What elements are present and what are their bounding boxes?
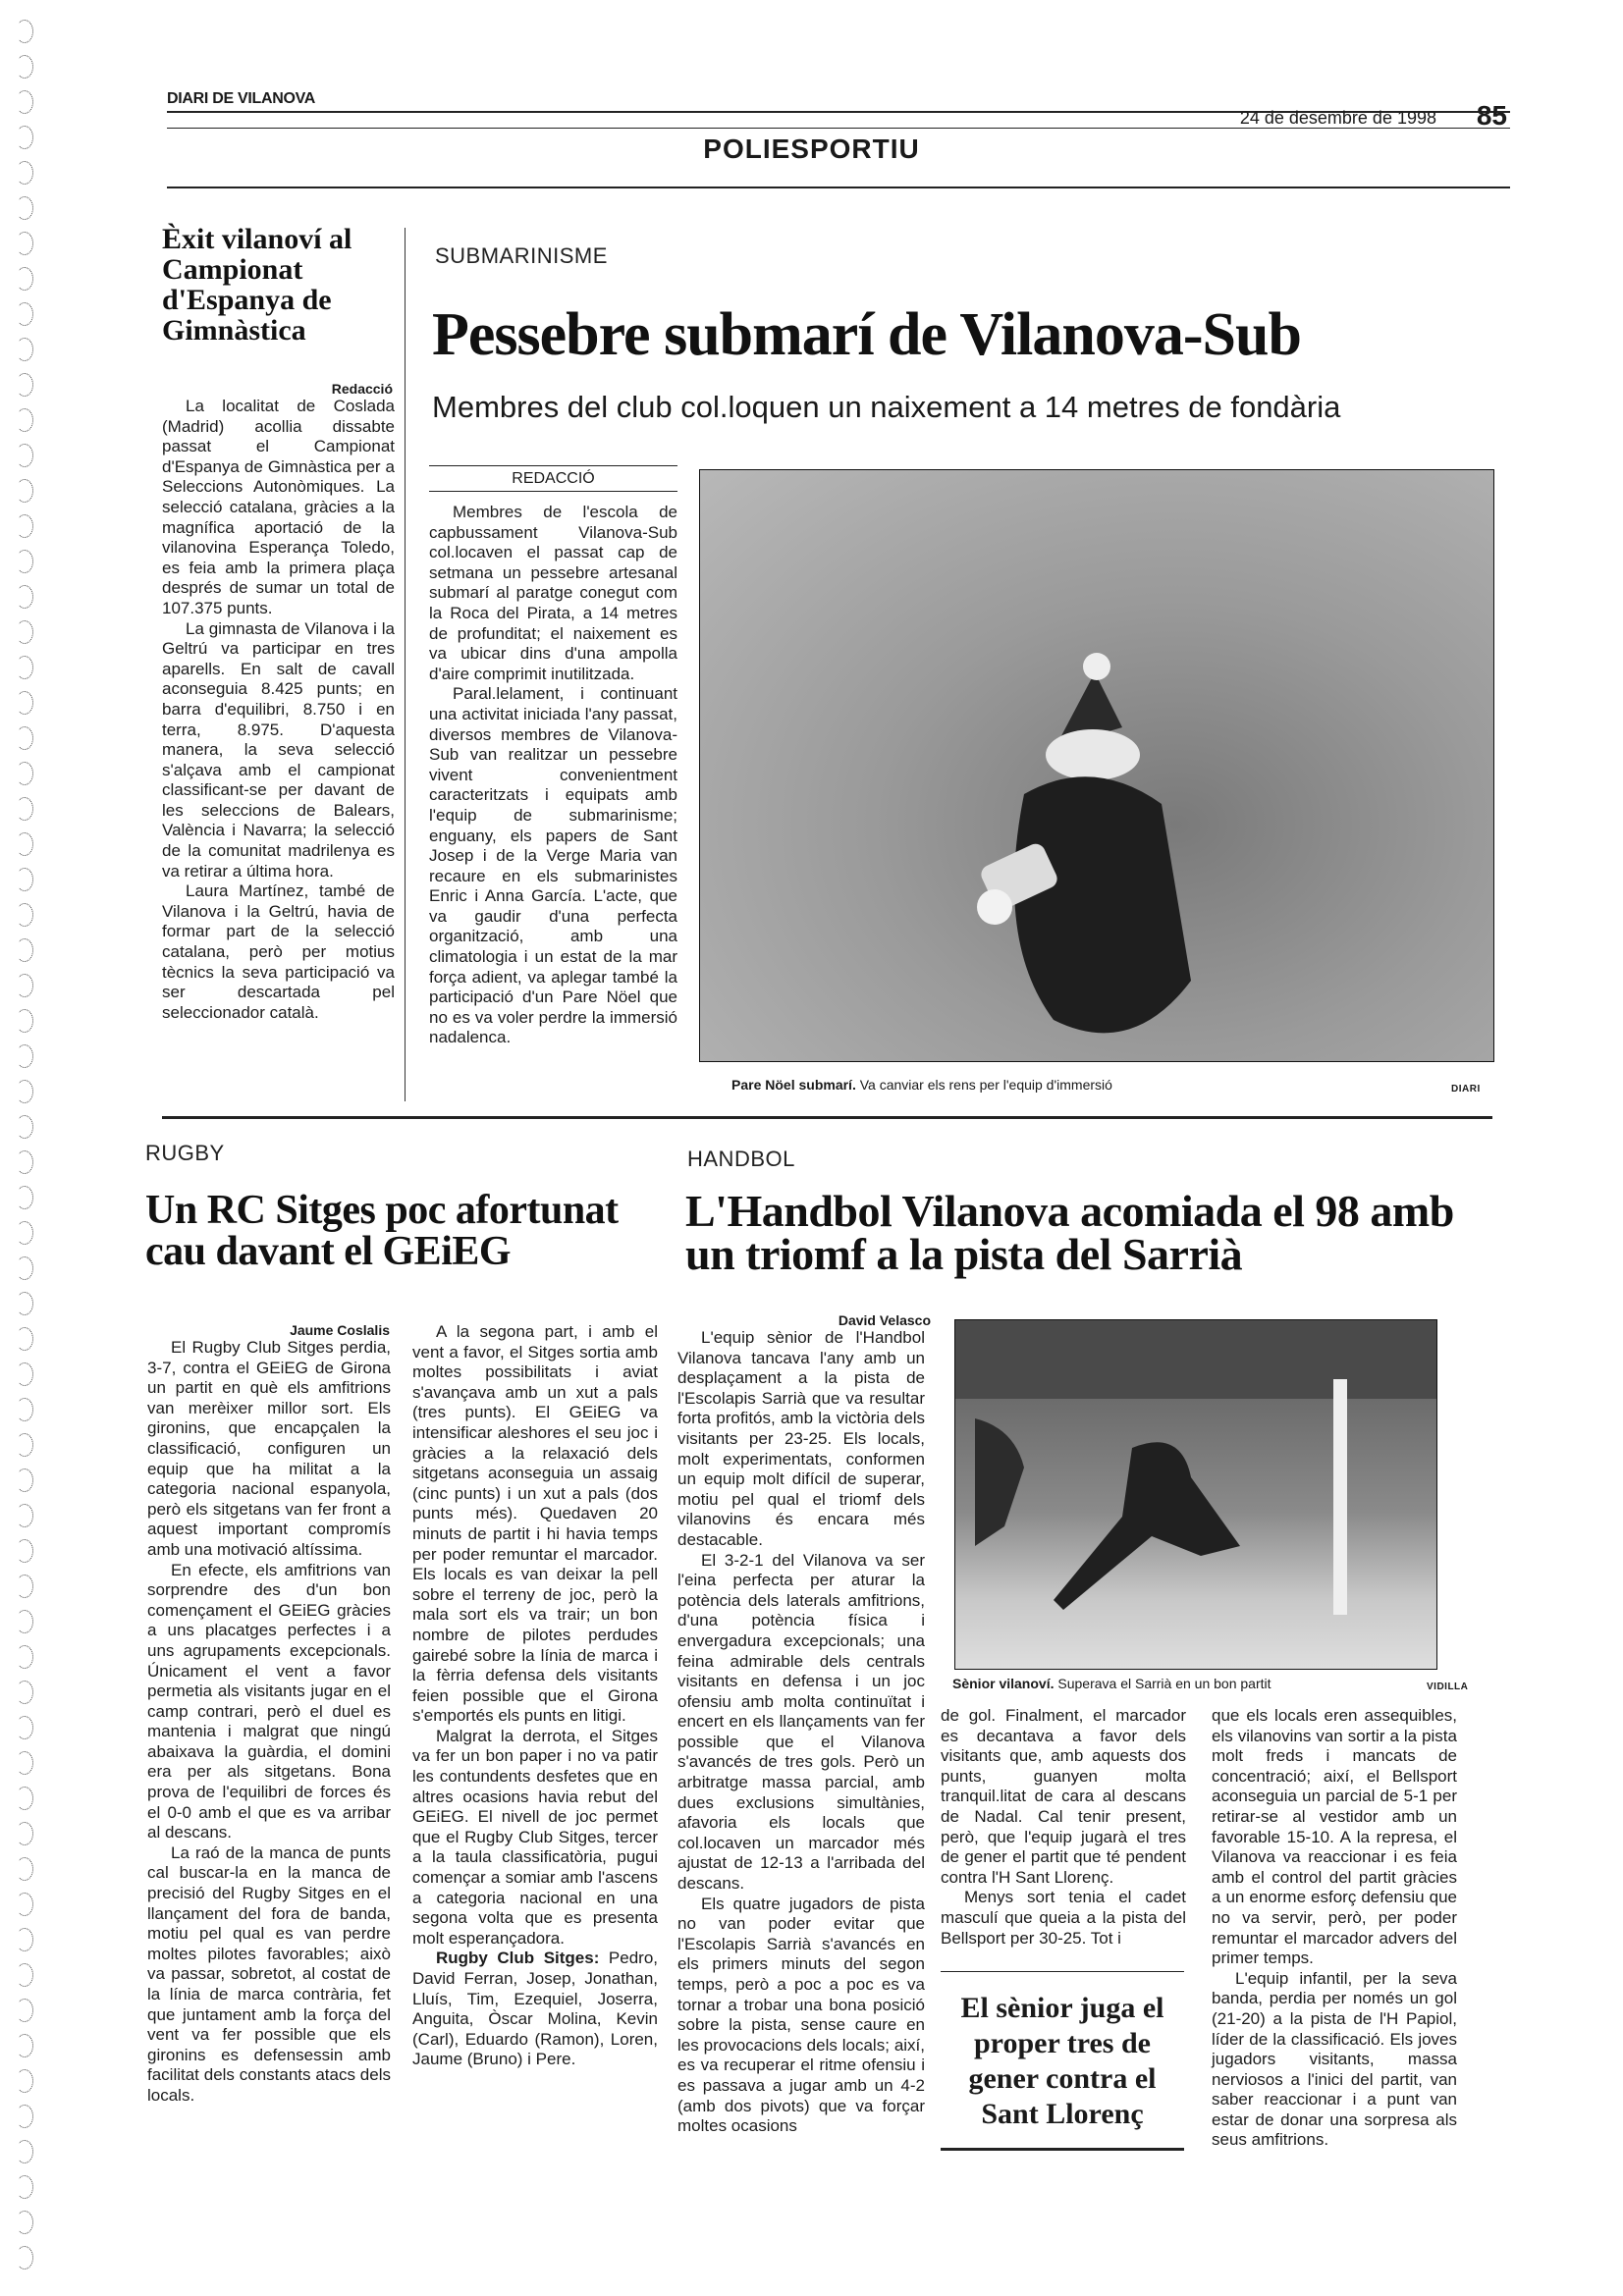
- byline-rule-top: [429, 465, 677, 466]
- binder-ring-icon: [16, 267, 33, 291]
- paragraph: L'equip sènior de l'Handbol Vilanova tan…: [677, 1328, 925, 1551]
- binder-ring-icon: [16, 1539, 33, 1563]
- paragraph: Laura Martínez, també de Vilanova i la G…: [162, 881, 395, 1023]
- binder-ring-icon: [16, 1857, 33, 1881]
- mid-page-rule: [162, 1116, 1492, 1119]
- paragraph: de gol. Finalment, el marcador es decant…: [941, 1706, 1186, 1888]
- binder-ring-icon: [16, 585, 33, 609]
- paragraph: Els quatre jugadors de pista no van pode…: [677, 1895, 925, 2137]
- sub-subheadline: Membres del club col.loquen un naixement…: [432, 390, 1340, 425]
- handbol-kicker: HANDBOL: [687, 1147, 795, 1172]
- binder-ring-icon: [16, 726, 33, 750]
- caption-text: Va canviar els rens per l'equip d'immers…: [860, 1077, 1112, 1093]
- binder-ring-icon: [16, 1044, 33, 1068]
- binder-ring-icon: [16, 1327, 33, 1351]
- handbol-headline: L'Handbol Vilanova acomiada el 98 amb un…: [685, 1190, 1500, 1276]
- binder-ring-icon: [16, 1822, 33, 1845]
- handball-photo: [954, 1319, 1437, 1670]
- sub-photo-credit: DIARI: [1451, 1084, 1481, 1095]
- rugby-headline: Un RC Sitges poc afortunat cau davant el…: [145, 1190, 666, 1272]
- handbol-column-1: L'equip sènior de l'Handbol Vilanova tan…: [677, 1328, 925, 2137]
- binder-ring-icon: [16, 1681, 33, 1704]
- binder-ring-icon: [16, 1362, 33, 1386]
- binder-holes: [6, 20, 45, 2277]
- pullquote-rule-top: [941, 1971, 1184, 1972]
- paragraph: Membres de l'escola de capbussament Vila…: [429, 503, 677, 684]
- binder-ring-icon: [16, 1115, 33, 1139]
- paragraph: A la segona part, i amb el vent a favor,…: [412, 1322, 658, 1727]
- caption-lead: Sènior vilanoví.: [952, 1676, 1054, 1691]
- binder-ring-icon: [16, 2175, 33, 2199]
- handbol-byline: David Velasco: [687, 1312, 931, 1328]
- binder-ring-icon: [16, 444, 33, 467]
- paragraph: La localitat de Coslada (Madrid) acollia…: [162, 397, 395, 619]
- paragraph: En efecte, els amfitrions van sorprendre…: [147, 1561, 391, 1843]
- binder-ring-icon: [16, 1893, 33, 1916]
- sub-photo-caption: Pare Nöel submarí. Va canviar els rens p…: [731, 1077, 1112, 1093]
- caption-text: Superava el Sarrià en un bon partit: [1057, 1676, 1271, 1691]
- binder-ring-icon: [16, 1080, 33, 1103]
- binder-ring-icon: [16, 408, 33, 432]
- binder-ring-icon: [16, 373, 33, 397]
- pullquote: El sènior juga el proper tres de gener c…: [941, 1991, 1184, 2132]
- binder-ring-icon: [16, 1504, 33, 1527]
- handbol-column-2: de gol. Finalment, el marcador es decant…: [941, 1706, 1186, 1949]
- binder-ring-icon: [16, 1186, 33, 1209]
- rugby-byline: Jaume Coslalis: [149, 1322, 390, 1338]
- binder-ring-icon: [16, 1716, 33, 1739]
- binder-ring-icon: [16, 1468, 33, 1492]
- binder-ring-icon: [16, 2069, 33, 2093]
- binder-ring-icon: [16, 620, 33, 644]
- binder-ring-icon: [16, 90, 33, 114]
- binder-ring-icon: [16, 656, 33, 679]
- handball-illustration: [955, 1320, 1436, 1669]
- sub-headline: Pessebre submarí de Vilanova-Sub: [432, 302, 1301, 367]
- binder-ring-icon: [16, 338, 33, 361]
- binder-ring-icon: [16, 2140, 33, 2163]
- binder-ring-icon: [16, 1751, 33, 1775]
- rugby-kicker: RUGBY: [145, 1141, 225, 1166]
- gym-body: La localitat de Coslada (Madrid) acollia…: [162, 397, 395, 1023]
- binder-ring-icon: [16, 1645, 33, 1669]
- lineup: Rugby Club Sitges: Pedro, David Ferran, …: [412, 1949, 658, 2070]
- paragraph: Paral.lelament, i continuant una activit…: [429, 684, 677, 1048]
- binder-ring-icon: [16, 1009, 33, 1033]
- pullquote-rule-bottom: [941, 2148, 1184, 2151]
- handbol-photo-caption: Sènior vilanoví. Superava el Sarrià en u…: [952, 1676, 1271, 1691]
- binder-ring-icon: [16, 832, 33, 856]
- binder-ring-icon: [16, 974, 33, 997]
- paragraph: Malgrat la derrota, el Sitges va fer un …: [412, 1727, 658, 1949]
- paragraph: que els locals eren assequibles, els vil…: [1212, 1706, 1457, 1969]
- binder-ring-icon: [16, 550, 33, 573]
- handbol-column-3: que els locals eren assequibles, els vil…: [1212, 1706, 1457, 2151]
- binder-ring-icon: [16, 302, 33, 326]
- binder-ring-icon: [16, 1999, 33, 2022]
- binder-ring-icon: [16, 797, 33, 821]
- binder-ring-icon: [16, 691, 33, 715]
- issue-date: 24 de desembre de 1998: [1240, 108, 1436, 129]
- binder-ring-icon: [16, 1610, 33, 1633]
- sub-kicker: SUBMARINISME: [435, 243, 608, 269]
- binder-ring-icon: [16, 2211, 33, 2234]
- paragraph: La gimnasta de Vilanova i la Geltrú va p…: [162, 619, 395, 882]
- sub-byline: REDACCIÓ: [429, 470, 677, 488]
- gym-byline: Redacció: [162, 381, 393, 397]
- paragraph: L'equip infantil, per la seva banda, per…: [1212, 1969, 1457, 2151]
- binder-ring-icon: [16, 938, 33, 962]
- section-rule: [167, 187, 1510, 188]
- binder-ring-icon: [16, 2105, 33, 2128]
- caption-lead: Pare Nöel submarí.: [731, 1077, 856, 1093]
- diver-photo: [699, 469, 1494, 1062]
- rugby-column-2: A la segona part, i amb el vent a favor,…: [412, 1322, 658, 2070]
- binder-ring-icon: [16, 868, 33, 891]
- byline-rule-bottom: [429, 491, 677, 492]
- paragraph: La raó de la manca de punts cal buscar-l…: [147, 1843, 391, 2107]
- binder-ring-icon: [16, 232, 33, 255]
- paragraph: El Rugby Club Sitges perdia, 3-7, contra…: [147, 1338, 391, 1561]
- binder-ring-icon: [16, 1150, 33, 1174]
- gym-headline: Èxit vilanoví al Campionat d'Espanya de …: [162, 224, 398, 346]
- binder-ring-icon: [16, 20, 33, 43]
- column-divider: [405, 228, 406, 1101]
- header-rule-2: [167, 128, 1510, 129]
- binder-ring-icon: [16, 479, 33, 503]
- rugby-column-1: El Rugby Club Sitges perdia, 3-7, contra…: [147, 1338, 391, 2107]
- binder-ring-icon: [16, 1256, 33, 1280]
- binder-ring-icon: [16, 55, 33, 79]
- binder-ring-icon: [16, 2246, 33, 2269]
- binder-ring-icon: [16, 1928, 33, 1951]
- lineup-label: Rugby Club Sitges:: [436, 1949, 599, 1967]
- binder-ring-icon: [16, 1433, 33, 1457]
- sub-body: Membres de l'escola de capbussament Vila…: [429, 503, 677, 1048]
- binder-ring-icon: [16, 1398, 33, 1421]
- masthead: DIARI DE VILANOVA: [167, 90, 315, 108]
- binder-ring-icon: [16, 1963, 33, 1987]
- handbol-photo-credit: VIDILLA: [1427, 1682, 1468, 1692]
- binder-ring-icon: [16, 903, 33, 927]
- binder-ring-icon: [16, 1221, 33, 1245]
- binder-ring-icon: [16, 1292, 33, 1315]
- binder-ring-icon: [16, 1575, 33, 1598]
- binder-ring-icon: [16, 196, 33, 220]
- paragraph: Menys sort tenia el cadet masculí que qu…: [941, 1888, 1186, 1949]
- binder-ring-icon: [16, 2034, 33, 2057]
- binder-ring-icon: [16, 1787, 33, 1810]
- binder-ring-icon: [16, 762, 33, 785]
- paragraph: El 3-2-1 del Vilanova va ser l'eina perf…: [677, 1551, 925, 1895]
- section-title: POLIESPORTIU: [0, 133, 1623, 165]
- binder-ring-icon: [16, 514, 33, 538]
- diver-illustration: [700, 470, 1493, 1061]
